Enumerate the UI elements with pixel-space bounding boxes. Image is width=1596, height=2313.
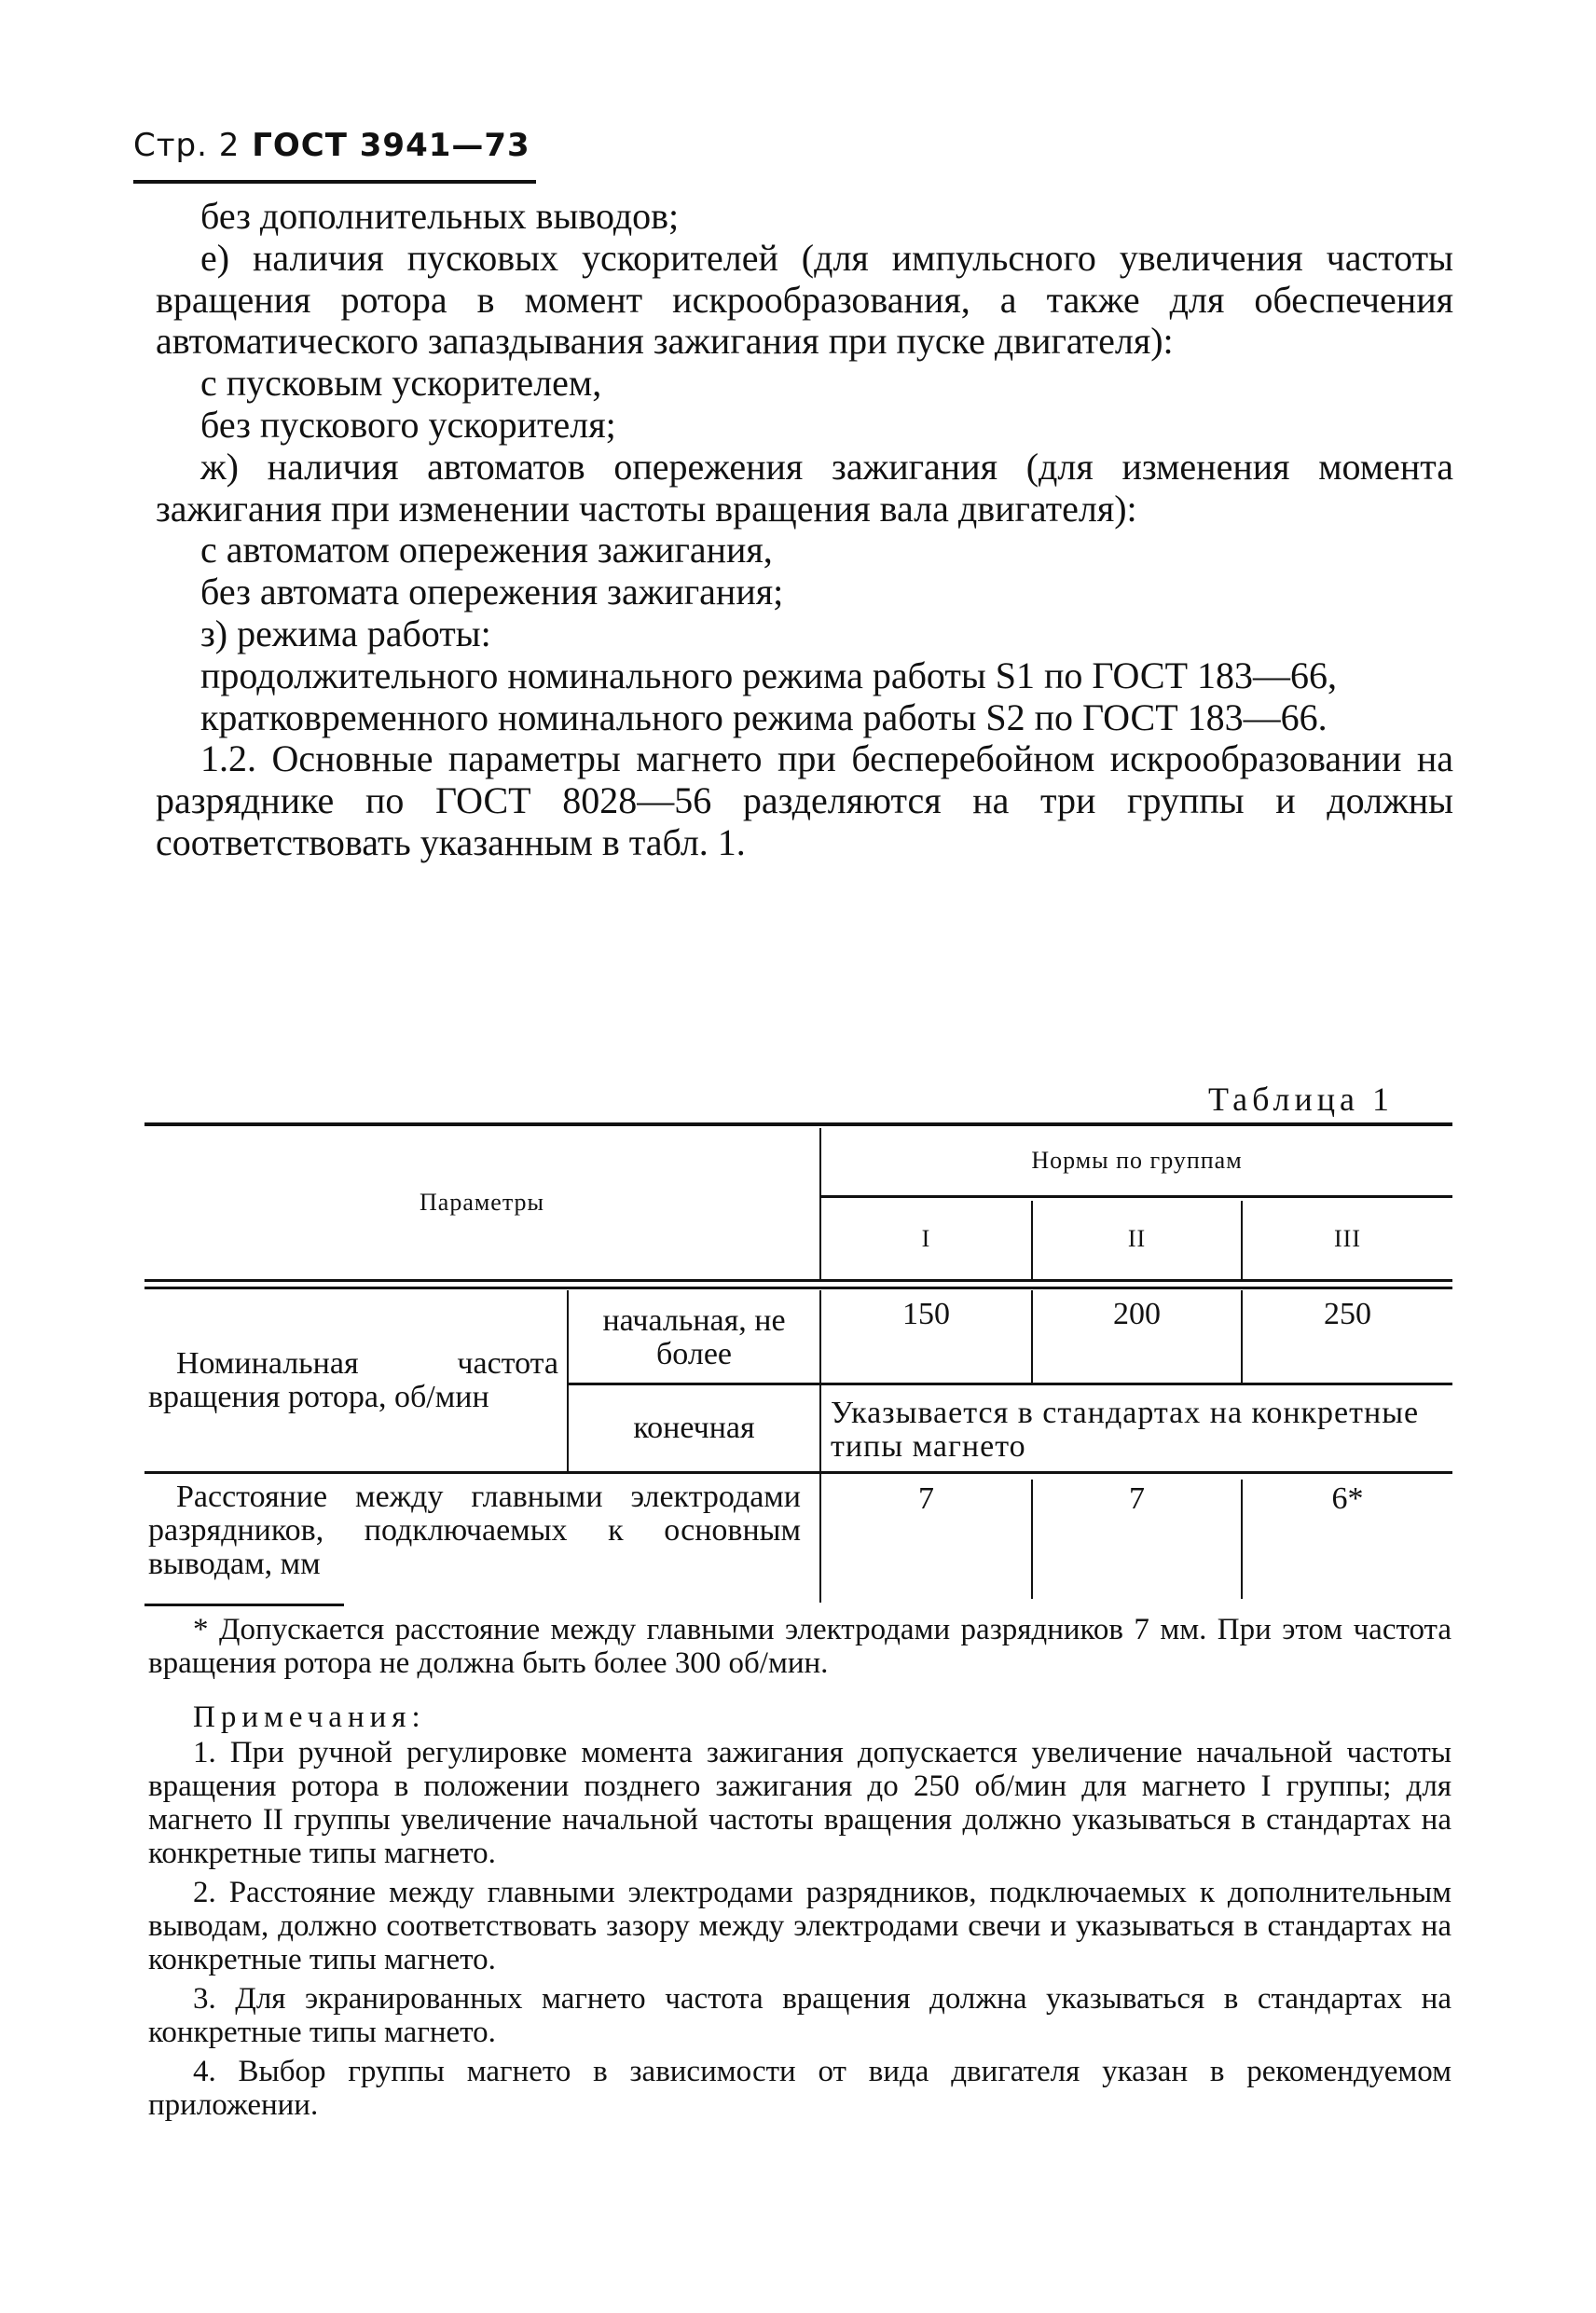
paragraph: с пусковым ускорителем, — [156, 363, 1453, 405]
row-distance-label-text: Расстояние между главными электродами ра… — [148, 1480, 801, 1581]
paragraph: е) наличия пусковых ускорителей (для имп… — [156, 238, 1453, 363]
paragraph: 1.2. Основные параметры магнето при бесп… — [156, 738, 1453, 863]
paragraph: кратковременного номинального режима раб… — [156, 697, 1453, 739]
value-final-all-groups: Указывается в стандартах на конкретные т… — [831, 1391, 1452, 1469]
header-bottom-rule-2 — [144, 1287, 1452, 1289]
row-speed-label: Номинальная частота вращения ротора, об/… — [148, 1290, 558, 1471]
value-distance-group-i: 7 — [821, 1480, 1031, 1518]
body-text: без дополнительных выводов; е) наличия п… — [156, 196, 1453, 864]
notes-title: Примечания: — [193, 1700, 1452, 1734]
header-bottom-rule-1 — [144, 1279, 1452, 1282]
row-speed-label-text: Номинальная частота вращения ротора, об/… — [148, 1347, 558, 1414]
table-footnote: * Допускается расстояние между главными … — [148, 1613, 1452, 1680]
header-rule — [133, 180, 536, 184]
paragraph: с автоматом опережения зажигания, — [156, 530, 1453, 571]
value-initial-group-ii: 200 — [1033, 1296, 1241, 1333]
document-page: Стр. 2 ГОСТ 3941—73 без дополнительных в… — [0, 0, 1596, 2313]
value-distance-group-ii: 7 — [1033, 1480, 1241, 1518]
header-norms-by-group: Нормы по группам — [821, 1126, 1452, 1195]
header-group-iii: III — [1243, 1198, 1452, 1279]
note-item: 3. Для экранированных магнето частота вр… — [148, 1982, 1452, 2049]
row-separator-rule — [144, 1471, 1452, 1474]
value-distance-group-iii: 6* — [1243, 1480, 1452, 1518]
footnote-rule — [144, 1604, 344, 1606]
paragraph: продолжительного номинального режима раб… — [156, 655, 1453, 697]
value-initial-group-i: 150 — [821, 1296, 1031, 1333]
note-item: 1. При ручной регулировке момента зажига… — [148, 1736, 1452, 1870]
row-distance-label: Расстояние между главными электродами ра… — [148, 1480, 801, 1598]
header-parameters: Параметры — [144, 1126, 819, 1279]
row-speed-initial-label: начальная, не более — [569, 1296, 819, 1380]
value-initial-group-iii: 250 — [1243, 1296, 1452, 1333]
standard-number: ГОСТ 3941—73 — [252, 127, 530, 164]
page-number: Стр. 2 — [133, 127, 240, 164]
paragraph: з) режима работы: — [156, 613, 1453, 655]
paragraph: без пускового ускорителя; — [156, 405, 1453, 447]
parameters-table: Параметры Нормы по группам I II III Номи… — [144, 1122, 1452, 1607]
header-group-ii: II — [1033, 1198, 1241, 1279]
note-item: 4. Выбор группы магнето в зависимости от… — [148, 2055, 1452, 2122]
row-speed-final-label: конечная — [569, 1385, 819, 1471]
paragraph: ж) наличия автоматов опережения зажигани… — [156, 447, 1453, 530]
header-group-i: I — [821, 1198, 1031, 1279]
paragraph: без дополнительных выводов; — [156, 196, 1453, 238]
paragraph: без автомата опережения зажигания; — [156, 571, 1453, 613]
table-caption: Таблица 1 — [1208, 1080, 1394, 1119]
notes-section: * Допускается расстояние между главными … — [193, 1613, 1452, 2122]
page-header: Стр. 2 ГОСТ 3941—73 — [133, 127, 530, 164]
note-item: 2. Расстояние между главными электродами… — [148, 1876, 1452, 1976]
